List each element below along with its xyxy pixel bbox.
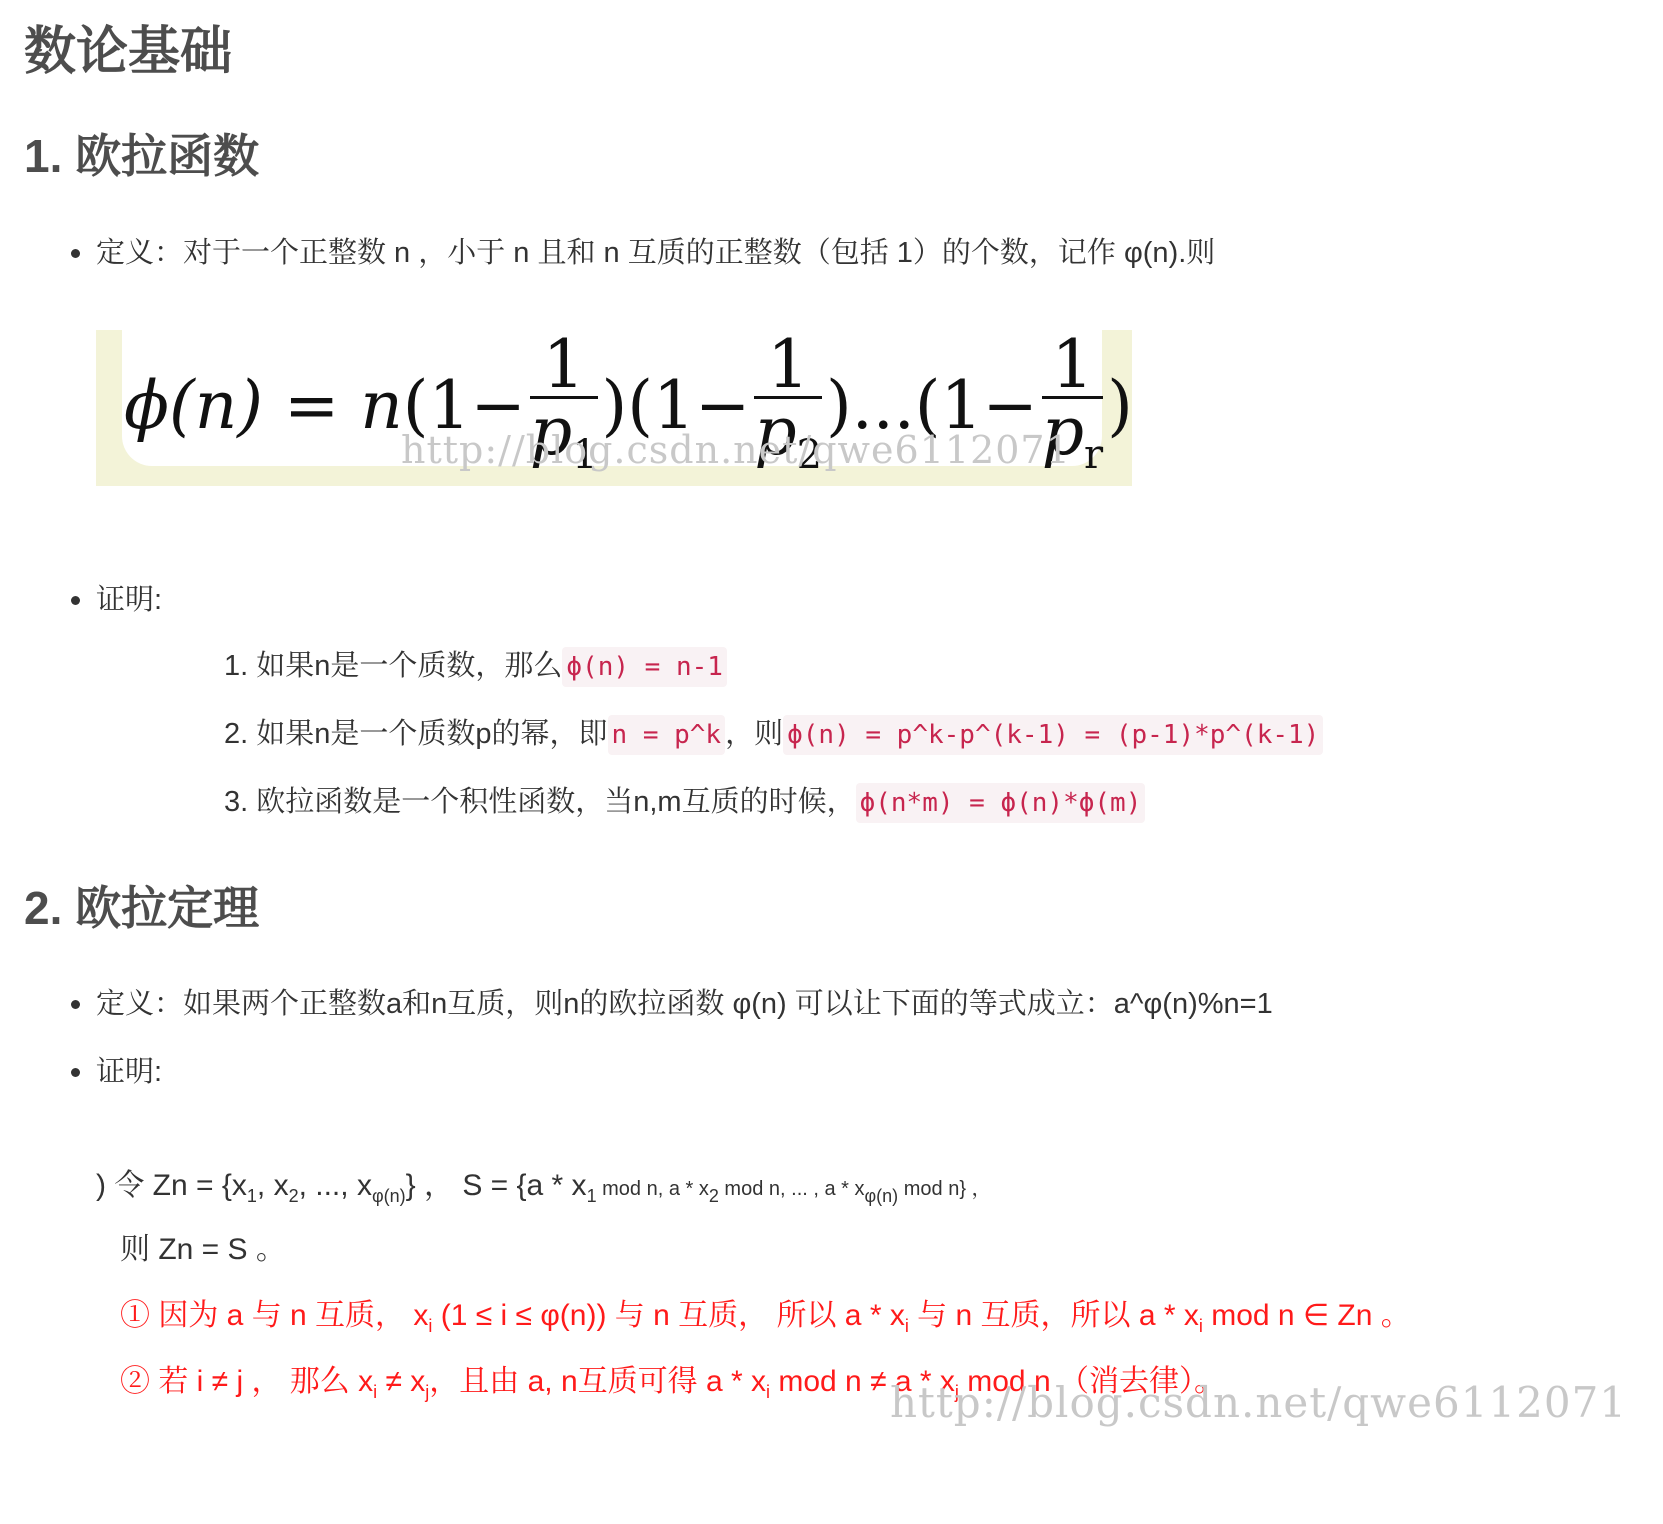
proof-text: mod n, ... , a * x bbox=[719, 1178, 865, 1200]
page-title: 数论基础 bbox=[24, 22, 232, 82]
euler-theorem-definition: 定义：如果两个正整数a和n互质，则n的欧拉函数 φ(n) 可以让下面的等式成立：… bbox=[96, 984, 1273, 1024]
subscript: 2 bbox=[289, 1186, 299, 1206]
proof-item-3: 3. 欧拉函数是一个积性函数，当n,m互质的时候，ϕ(n*m) = ϕ(n)*ϕ… bbox=[224, 782, 1145, 823]
bullet-icon bbox=[71, 596, 80, 605]
proof-line-1: ) 令 Zn = {x1, x2, ..., xφ(n)} ， S = {a *… bbox=[96, 1166, 992, 1216]
proof-text: mod n} ， bbox=[898, 1178, 991, 1200]
proof-text: (1 ≤ i ≤ φ(n)) 与 n 互质， 所以 a * x bbox=[432, 1299, 904, 1332]
proof-text: mod n, a * x bbox=[597, 1178, 709, 1200]
formula-watermark: http://blog.csdn.net/qwe6112071 bbox=[401, 428, 1071, 472]
proof-item-text: 如果n是一个质数p的幂，即 bbox=[256, 718, 607, 750]
subscript: φ(n) bbox=[865, 1186, 899, 1206]
subscript: 1 bbox=[247, 1186, 257, 1206]
section-heading-euler-theorem: 2. 欧拉定理 bbox=[24, 880, 259, 936]
proof-text: ，且由 a, n互质可得 a * x bbox=[429, 1365, 766, 1398]
proof-text: ② 若 i ≠ j ， 那么 x bbox=[120, 1365, 373, 1398]
proof-line-2: 则 Zn = S 。 bbox=[120, 1230, 286, 1270]
proof-item-1: 1. 如果n是一个质数，那么ϕ(n) = n-1 bbox=[224, 646, 727, 687]
inline-code: n = p^k bbox=[608, 715, 726, 755]
section-heading-euler-function: 1. 欧拉函数 bbox=[24, 128, 259, 184]
term-close: ) bbox=[1107, 367, 1133, 444]
bullet-icon bbox=[71, 1068, 80, 1077]
proof-watermark: http://blog.csdn.net/qwe6112071 bbox=[890, 1378, 1627, 1427]
fraction-numerator: 1 bbox=[1042, 334, 1103, 399]
bullet-icon bbox=[71, 249, 80, 258]
proof-text: , ..., x bbox=[299, 1169, 372, 1202]
fraction-numerator: 1 bbox=[754, 334, 822, 399]
proof-text: , x bbox=[257, 1169, 289, 1202]
proof-text: ≠ x bbox=[377, 1365, 425, 1398]
proof-text: } ， S = {a * x bbox=[406, 1169, 587, 1202]
proof-item-text: 如果n是一个质数，那么 bbox=[256, 650, 562, 682]
formula-lhs: ϕ(n) bbox=[124, 367, 263, 444]
proof-text: ) 令 Zn = {x bbox=[96, 1169, 247, 1202]
euler-function-definition: 定义：对于一个正整数 n ，小于 n 且和 n 互质的正整数（包括 1）的个数，… bbox=[96, 233, 1215, 273]
list-number: 1. bbox=[224, 650, 248, 682]
proof-item-text: ，则 bbox=[725, 718, 783, 750]
subscript: φ(n) bbox=[372, 1186, 406, 1206]
inline-code: ϕ(n*m) = ϕ(n)*ϕ(m) bbox=[856, 783, 1146, 823]
proof-label: 证明: bbox=[96, 580, 162, 620]
euler-formula-image: ϕ(n) = n(1−1p1)(1−1p2)...(1−1pr) http://… bbox=[96, 330, 1132, 486]
inline-code: ϕ(n) = n-1 bbox=[562, 647, 727, 687]
proof-text: mod n ∈ Zn 。 bbox=[1203, 1299, 1411, 1332]
proof-line-3: ① 因为 a 与 n 互质， xi (1 ≤ i ≤ φ(n)) 与 n 互质，… bbox=[120, 1296, 1411, 1346]
proof-label: 证明: bbox=[96, 1052, 162, 1092]
formula-n: n bbox=[360, 367, 403, 444]
subscript: 1 bbox=[587, 1186, 597, 1206]
proof-item-text: 欧拉函数是一个积性函数，当n,m互质的时候， bbox=[256, 786, 855, 818]
proof-text: ① 因为 a 与 n 互质， x bbox=[120, 1299, 428, 1332]
bullet-icon bbox=[71, 1000, 80, 1009]
fraction-numerator: 1 bbox=[530, 334, 598, 399]
subscript: 2 bbox=[709, 1186, 719, 1206]
inline-code: ϕ(n) = p^k-p^(k-1) = (p-1)*p^(k-1) bbox=[783, 715, 1323, 755]
proof-item-2: 2. 如果n是一个质数p的幂，即n = p^k，则ϕ(n) = p^k-p^(k… bbox=[224, 714, 1323, 755]
den-sub: r bbox=[1084, 432, 1103, 478]
proof-text: 与 n 互质，所以 a * x bbox=[909, 1299, 1199, 1332]
formula-equals: = bbox=[284, 367, 339, 444]
list-number: 3. bbox=[224, 786, 248, 818]
list-number: 2. bbox=[224, 718, 248, 750]
